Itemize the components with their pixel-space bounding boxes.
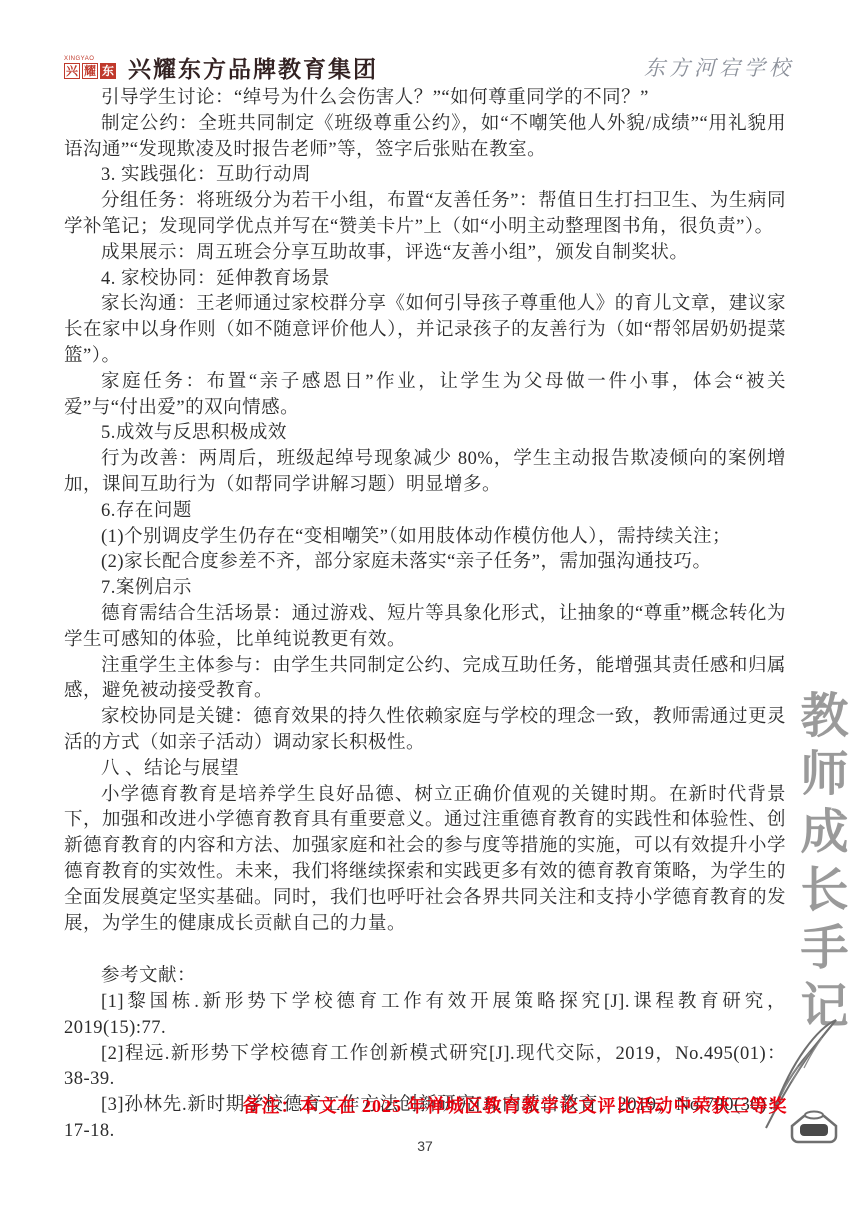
seal-super-text: XINGYAO [64, 56, 120, 62]
paragraph: 制定公约：全班共同制定《班级尊重公约》，如“不嘲笑他人外貌/成绩”“用礼貌用语沟… [64, 112, 786, 164]
paragraph: 小学德育教育是培养学生良好品德、树立正确价值观的关键时期。在新时代背景下，加强和… [64, 783, 786, 938]
document-page: XINGYAO 兴 耀 东 兴耀东方品牌教育集团 东方河宕学校 引导学生讨论：“… [0, 0, 850, 1205]
paragraph: 家校协同是关键：德育效果的持久性依赖家庭与学校的理念一致，教师需通过更灵活的方式… [64, 705, 786, 757]
xingyao-seal-logo-icon: XINGYAO 兴 耀 东 [64, 47, 120, 87]
paragraph: 行为改善：两周后，班级起绰号现象减少 80%，学生主动报告欺凌倾向的案例增加，课… [64, 447, 786, 499]
school-name: 东方河宕学校 [644, 52, 794, 82]
quill-and-ink-icon [752, 1016, 848, 1152]
section-heading: 5.成效与反思积极成效 [64, 421, 786, 447]
paragraph: 家长沟通：王老师通过家校群分享《如何引导孩子尊重他人》的育儿文章，建议家长在家中… [64, 292, 786, 369]
teacher-growth-notes-watermark: 教师成长手记 [796, 690, 844, 1038]
section-heading: 八 、结论与展望 [64, 757, 786, 783]
seal-characters: 兴 耀 东 [64, 63, 120, 79]
reference-item: [1]黎国栋.新形势下学校德育工作有效开展策略探究[J].课程教育研究，2019… [64, 990, 786, 1042]
organization-title: 兴耀东方品牌教育集团 [128, 51, 378, 84]
page-header: XINGYAO 兴 耀 东 兴耀东方品牌教育集团 东方河宕学校 [64, 44, 794, 90]
paragraph: (1)个别调皮学生仍存在“变相嘲笑”（如用肢体动作模仿他人），需持续关注； [64, 525, 786, 551]
paragraph: 家庭任务：布置“亲子感恩日”作业，让学生为父母做一件小事，体会“被关爱”与“付出… [64, 370, 786, 422]
paragraph: 注重学生主体参与：由学生共同制定公约、完成互助任务，能增强其责任感和归属感，避免… [64, 654, 786, 706]
references-heading: 参考文献： [64, 964, 786, 990]
award-remark: 备注：本文在 2025 年禅城区教育教学论文评比活动中荣获三等奖 [180, 1092, 850, 1118]
page-number: 37 [0, 1138, 850, 1154]
paragraph: 德育需结合生活场景：通过游戏、短片等具象化形式，让抽象的“尊重”概念转化为学生可… [64, 602, 786, 654]
document-body: 引导学生讨论：“绰号为什么会伤害人？”“如何尊重同学的不同？” 制定公约：全班共… [64, 86, 786, 1145]
paragraph: 引导学生讨论：“绰号为什么会伤害人？”“如何尊重同学的不同？” [64, 86, 786, 112]
section-heading: 3. 实践强化：互助行动周 [64, 163, 786, 189]
seal-char: 兴 [64, 63, 80, 79]
paragraph: 分组任务：将班级分为若干小组，布置“友善任务”：帮值日生打扫卫生、为生病同学补笔… [64, 189, 786, 241]
section-heading: 6.存在问题 [64, 499, 786, 525]
seal-char: 耀 [82, 63, 98, 79]
seal-char: 东 [100, 63, 116, 79]
section-heading: 7.案例启示 [64, 576, 786, 602]
brand-block: XINGYAO 兴 耀 东 兴耀东方品牌教育集团 [64, 47, 378, 87]
reference-item: [2]程远.新形势下学校德育工作创新模式研究[J].现代交际，2019，No.4… [64, 1042, 786, 1094]
paragraph: (2)家长配合度参差不齐，部分家庭未落实“亲子任务”，需加强沟通技巧。 [64, 550, 786, 576]
paragraph: 成果展示：周五班会分享互助故事，评选“友善小组”，颁发自制奖状。 [64, 241, 786, 267]
section-heading: 4. 家校协同：延伸教育场景 [64, 267, 786, 293]
